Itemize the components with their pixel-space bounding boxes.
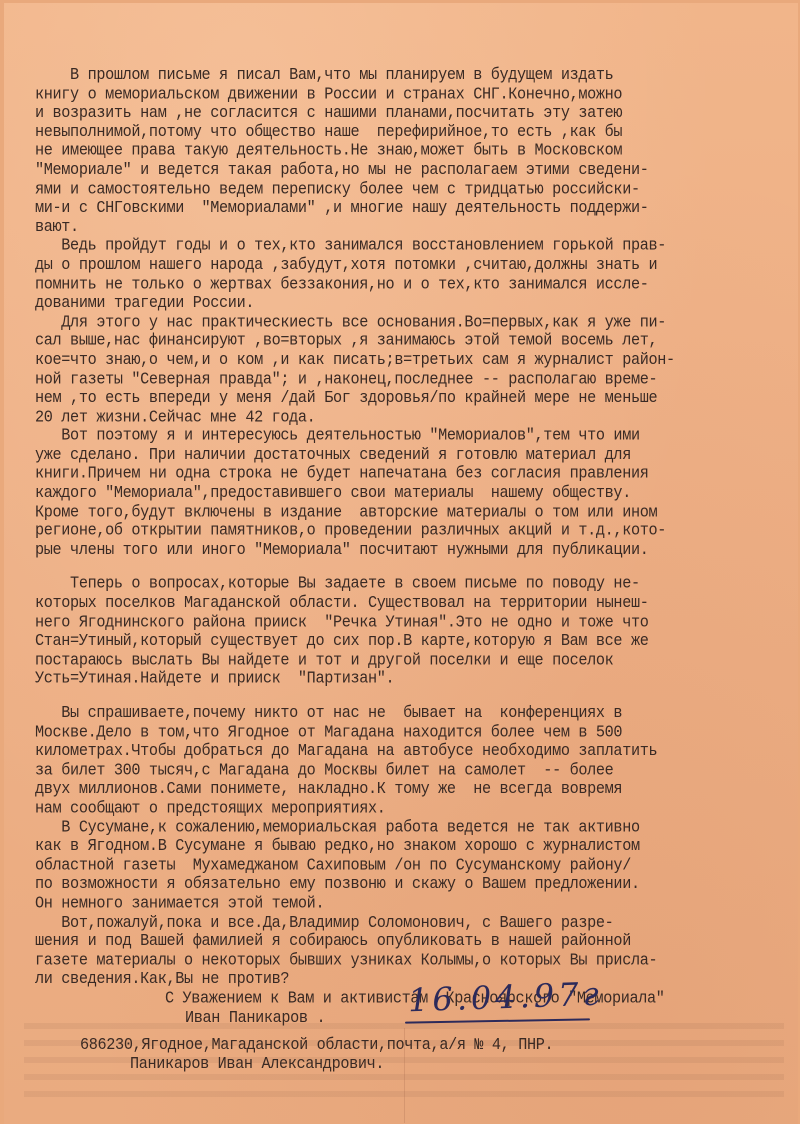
text-line: двух миллионов.Сами понимете, накладно.К… (35, 780, 765, 799)
text-line: Для этого у нас практическиесть все осно… (35, 313, 765, 332)
text-line: помнить не только о жертвах беззакония,н… (35, 275, 765, 294)
text-line: областной газеты Мухамеджаном Сахиповым … (35, 856, 765, 875)
paragraph: Теперь о вопросах,которые Вы задаете в с… (35, 575, 765, 689)
text-line: нам сообщают о предстоящих мероприятиях. (35, 799, 765, 818)
text-line: ды о прошлом нашего народа ,забудут,хотя… (35, 256, 765, 275)
text-line: шения и под Вашей фамилией я собираюсь о… (35, 932, 765, 951)
text-line: ми-и с СНГовскими "Мемориалами" ,и многи… (35, 199, 765, 218)
text-line: невыполнимой,потому что общество наше пе… (35, 123, 765, 142)
text-line: сал выше,нас финансируют ,во=вторых ,я з… (35, 332, 765, 351)
text-line: Теперь о вопросах,которые Вы задаете в с… (35, 575, 765, 594)
text-line: по возможности я обязательно ему позвоню… (35, 875, 765, 894)
text-line: за билет 300 тысяч,с Магадана до Москвы … (35, 761, 765, 780)
paragraph: Вы спрашиваете,почему никто от нас не бы… (35, 704, 765, 818)
text-line: Ведь пройдут годы и о тех,кто занимался … (35, 237, 765, 256)
text-line: уже сделано. При наличии достаточных све… (35, 446, 765, 465)
handwritten-date: 16.04.97г (407, 975, 603, 1020)
text-line: Москве.Дело в том,что Ягодное от Магадан… (35, 723, 765, 742)
text-line: дованими трагедии России. (35, 294, 765, 313)
text-line: нем ,то есть впереди у меня /дай Бог здо… (35, 389, 765, 408)
letter-body: В прошлом письме я писал Вам,что мы план… (35, 66, 765, 1074)
text-line: книгу о мемориальском движении в России … (35, 85, 765, 104)
text-line: рые члены того или иного "Мемориала" пос… (35, 541, 765, 560)
text-line: "Мемориале" и ведется такая работа,но мы… (35, 161, 765, 180)
text-line: Он немного занимается этой темой. (35, 894, 765, 913)
closing-line: С Уважением к Вам и активистам Красноярс… (35, 989, 765, 1008)
text-line: него Ягоднинского района прииск "Речка У… (35, 613, 765, 632)
signature-name: Иван Паникаров . (35, 1008, 765, 1027)
text-line: и возразить нам ,не согласится с нашими … (35, 104, 765, 123)
postal-address: 686230,Ягодное,Магаданской области,почта… (35, 1036, 765, 1055)
text-line: постараюсь выслать Вы найдете и тот и др… (35, 651, 765, 670)
text-line: ями и самостоятельно ведем переписку бол… (35, 180, 765, 199)
text-line: газете материалы о некоторых бывших узни… (35, 951, 765, 970)
paragraph: Для этого у нас практическиесть все осно… (35, 313, 765, 427)
text-line: не имеющее права такую деятельность.Не з… (35, 142, 765, 161)
text-line: как в Ягодном.В Сусумане я бываю редко,н… (35, 837, 765, 856)
text-line: каждого "Мемориала",предоставившего свои… (35, 484, 765, 503)
text-line: Стан=Утиный,который существует до сих по… (35, 632, 765, 651)
text-line: 20 лет жизни.Сейчас мне 42 года. (35, 408, 765, 427)
text-line: Кроме того,будут включены в издание авто… (35, 503, 765, 522)
text-line: регионе,об открытии памятников,о проведе… (35, 522, 765, 541)
text-line: Вот,пожалуй,пока и все.Да,Владимир Солом… (35, 913, 765, 932)
text-line: Вот поэтому я и интересуюсь деятельность… (35, 427, 765, 446)
paragraph: В Сусумане,к сожалению,мемориальская раб… (35, 818, 765, 913)
text-line: километрах.Чтобы добраться до Магадана н… (35, 742, 765, 761)
text-line: книги.Причем ни одна строка не будет нап… (35, 465, 765, 484)
text-line: кое=что знаю,о чем,и о ком ,и как писать… (35, 351, 765, 370)
paragraph: Вот поэтому я и интересуюсь деятельность… (35, 427, 765, 560)
text-line: Вы спрашиваете,почему никто от нас не бы… (35, 704, 765, 723)
text-line: ли сведения.Как,Вы не против? (35, 970, 765, 989)
text-line: вают. (35, 218, 765, 237)
text-line: В прошлом письме я писал Вам,что мы план… (35, 66, 765, 85)
paragraph: Вот,пожалуй,пока и все.Да,Владимир Солом… (35, 913, 765, 989)
full-name: Паникаров Иван Александрович. (35, 1055, 765, 1074)
paragraph: В прошлом письме я писал Вам,что мы план… (35, 66, 765, 237)
text-line: которых поселков Магаданской области. Су… (35, 594, 765, 613)
paragraph: Ведь пройдут годы и о тех,кто занимался … (35, 237, 765, 313)
text-line: В Сусумане,к сожалению,мемориальская раб… (35, 818, 765, 837)
text-line: Усть=Утиная.Найдете и прииск "Партизан". (35, 670, 765, 689)
text-line: ной газеты "Северная правда"; и ,наконец… (35, 370, 765, 389)
